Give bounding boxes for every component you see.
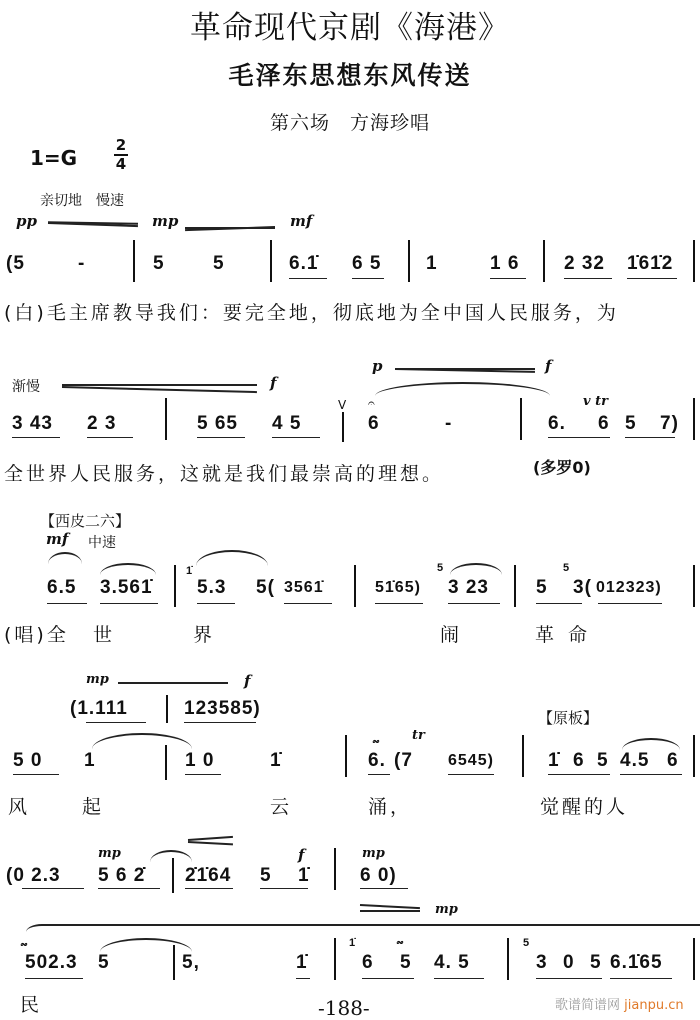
underline bbox=[375, 603, 423, 604]
mordent-icon: 𝆗 bbox=[372, 733, 379, 748]
note: 6.5 bbox=[47, 577, 76, 599]
underline bbox=[197, 603, 235, 604]
section-label: 【原板】 bbox=[538, 707, 598, 728]
note: 1 bbox=[84, 750, 96, 772]
section-label: 【西皮二六】 bbox=[40, 510, 130, 531]
slur bbox=[100, 563, 156, 575]
note: 3 23 bbox=[448, 577, 489, 599]
underline bbox=[197, 437, 245, 438]
underline bbox=[284, 603, 332, 604]
underline bbox=[625, 437, 675, 438]
barline bbox=[507, 938, 509, 980]
note: 5 bbox=[400, 952, 412, 974]
note: 5 6 2̇ bbox=[98, 865, 145, 887]
dynamic-f: f bbox=[244, 672, 250, 690]
note: 6 bbox=[573, 750, 585, 772]
diminuendo-hairpin bbox=[188, 841, 233, 845]
note: 1̇ bbox=[548, 750, 560, 772]
lyric-syllable: 命 bbox=[568, 620, 590, 647]
underline bbox=[98, 888, 160, 889]
underline bbox=[368, 774, 390, 775]
barline bbox=[354, 565, 356, 607]
note: 5 bbox=[597, 750, 609, 772]
barline bbox=[693, 938, 695, 980]
percussion-cue: (多罗0) bbox=[533, 455, 591, 478]
note: 5( bbox=[256, 577, 275, 599]
note: 5, bbox=[182, 952, 200, 974]
note: 1̇61̇2 bbox=[627, 253, 673, 275]
crescendo-hairpin bbox=[62, 386, 257, 393]
note: 5 bbox=[213, 253, 225, 275]
underline bbox=[12, 437, 60, 438]
slur bbox=[450, 563, 502, 575]
grace-note: 5 bbox=[523, 937, 529, 949]
note: 0 bbox=[563, 952, 575, 974]
slur bbox=[622, 738, 680, 750]
barline bbox=[693, 398, 695, 440]
note: 123585) bbox=[184, 698, 261, 720]
scene-performer: 第六场 方海珍唱 bbox=[0, 108, 700, 135]
note: 4.5 bbox=[620, 750, 649, 772]
page-number: -188- bbox=[318, 996, 370, 1020]
dynamic-mp: mp bbox=[435, 902, 458, 917]
note: 2 32 bbox=[564, 253, 605, 275]
note: (7 bbox=[394, 750, 413, 772]
lyric-phrase: 觉醒的人 bbox=[540, 792, 628, 819]
crescendo-hairpin bbox=[185, 227, 275, 229]
barline bbox=[345, 735, 347, 777]
underline bbox=[260, 888, 308, 889]
slur bbox=[48, 552, 82, 564]
fermata-icon: 𝄐 bbox=[368, 396, 375, 411]
barline bbox=[172, 858, 174, 893]
lyric-syllable: 界 bbox=[193, 620, 215, 647]
underline bbox=[185, 774, 221, 775]
note: 5 bbox=[260, 865, 272, 887]
underline bbox=[434, 978, 484, 979]
note: 6545) bbox=[448, 752, 494, 770]
note: 2̇1̇64 bbox=[185, 865, 231, 887]
dynamic-mf: mf bbox=[46, 530, 68, 548]
diminuendo-hairpin bbox=[360, 904, 420, 909]
underline bbox=[548, 437, 610, 438]
barline bbox=[133, 240, 135, 282]
time-numerator: 2 bbox=[116, 136, 126, 154]
expression-mark: 亲切地 慢速 bbox=[40, 190, 124, 210]
underline bbox=[86, 722, 146, 723]
underline bbox=[564, 278, 612, 279]
note: 6 bbox=[667, 750, 679, 772]
note: 3 bbox=[536, 952, 548, 974]
underline bbox=[272, 437, 320, 438]
note: 6. bbox=[548, 413, 566, 435]
underline bbox=[490, 278, 526, 279]
underline bbox=[360, 888, 408, 889]
underline bbox=[184, 722, 256, 723]
note: (0 2.3 bbox=[6, 865, 61, 887]
underline bbox=[448, 774, 494, 775]
note: 6.1̇65 bbox=[610, 952, 663, 974]
song-title: 毛泽东思想东风传送 bbox=[0, 56, 700, 92]
score-title: 革命现代京剧《海港》 bbox=[0, 2, 700, 47]
underline bbox=[13, 774, 59, 775]
note: 5 bbox=[625, 413, 637, 435]
lyric-syllable: 革 bbox=[535, 620, 557, 647]
note: 1 6 bbox=[490, 253, 519, 275]
note: 6.1̇ bbox=[289, 253, 318, 275]
note: 5 bbox=[590, 952, 602, 974]
barline bbox=[543, 240, 545, 282]
underline bbox=[25, 978, 83, 979]
mordent-icon: 𝆗 bbox=[20, 936, 27, 951]
note: 6 bbox=[598, 413, 610, 435]
lyric-line: 全世界人民服务，这就是我们最崇高的理想。 bbox=[4, 459, 444, 486]
time-signature: 2 4 bbox=[114, 138, 128, 172]
dynamic-p: p bbox=[372, 357, 383, 375]
barline bbox=[693, 565, 695, 607]
dynamic-mp: mp bbox=[98, 846, 121, 861]
note: - bbox=[445, 413, 452, 435]
key-signature: 1=G bbox=[30, 146, 77, 170]
mordent-icon: 𝆗 bbox=[396, 934, 403, 949]
trill-ornament: tr bbox=[412, 728, 425, 743]
note: 3 43 bbox=[12, 413, 53, 435]
note: 6 bbox=[362, 952, 374, 974]
barline bbox=[165, 745, 167, 780]
barline bbox=[408, 240, 410, 282]
note: 1̇ bbox=[298, 865, 310, 887]
note: 4. 5 bbox=[434, 952, 470, 974]
diminuendo-hairpin bbox=[188, 836, 233, 841]
slur bbox=[100, 938, 192, 952]
grace-note: 5 bbox=[437, 562, 443, 574]
note: 3( bbox=[573, 577, 592, 599]
spoken-lyric-line: (白)毛主席教导我们：要完全地，彻底地为全中国人民服务，为 bbox=[4, 298, 619, 325]
dynamic-f: f bbox=[545, 357, 551, 375]
grace-note: 1̇ bbox=[349, 937, 355, 949]
underline bbox=[296, 978, 310, 979]
barline bbox=[173, 945, 175, 980]
underline bbox=[448, 603, 500, 604]
barline bbox=[166, 695, 168, 723]
lyric-syllable: 世 bbox=[93, 620, 115, 647]
underline bbox=[536, 603, 582, 604]
note: 1 bbox=[426, 253, 438, 275]
slur bbox=[150, 850, 192, 862]
dynamic-f: f bbox=[298, 846, 304, 864]
note: 5 bbox=[153, 253, 165, 275]
note: 5 65 bbox=[197, 413, 238, 435]
watermark-cn: 歌谱简谱网 bbox=[555, 998, 620, 1013]
barline bbox=[270, 240, 272, 282]
underline bbox=[627, 278, 677, 279]
barline bbox=[165, 398, 167, 440]
dynamic-mf: mf bbox=[290, 212, 312, 230]
underline bbox=[598, 603, 662, 604]
barline bbox=[520, 398, 522, 440]
note: 51̇65) bbox=[375, 579, 421, 597]
crescendo-hairpin bbox=[62, 384, 257, 386]
trill-ornament: v tr bbox=[583, 394, 608, 409]
underline bbox=[22, 888, 84, 889]
underline bbox=[87, 437, 133, 438]
dynamic-f: f bbox=[270, 374, 276, 392]
note: 3561̇ bbox=[284, 579, 324, 597]
breath-mark: V bbox=[338, 398, 346, 412]
note: 1̇ bbox=[270, 750, 282, 772]
watermark-en: jianpu.cn bbox=[624, 998, 683, 1013]
barline bbox=[174, 565, 176, 607]
tempo-mark: 中速 bbox=[88, 532, 116, 552]
lyric-syllable: 涌， bbox=[368, 792, 412, 819]
lyric-syllable: 闹 bbox=[440, 620, 462, 647]
barline bbox=[693, 735, 695, 777]
underline bbox=[620, 774, 682, 775]
barline bbox=[514, 565, 516, 607]
diminuendo-hairpin bbox=[360, 910, 420, 912]
barline bbox=[334, 938, 336, 980]
underline bbox=[47, 603, 87, 604]
grace-note: 1̇ bbox=[186, 565, 192, 577]
slur bbox=[92, 733, 192, 749]
note: 7) bbox=[660, 413, 679, 435]
note: 5 bbox=[98, 952, 110, 974]
underline bbox=[548, 774, 610, 775]
time-denominator: 4 bbox=[116, 155, 126, 173]
note: 4 5 bbox=[272, 413, 301, 435]
note: 6. bbox=[368, 750, 386, 772]
barline bbox=[693, 240, 695, 282]
slur bbox=[196, 550, 268, 566]
note: 6 0) bbox=[360, 865, 397, 887]
note: - bbox=[78, 253, 85, 275]
underline bbox=[362, 978, 414, 979]
underline bbox=[185, 888, 233, 889]
watermark: 歌谱简谱网 jianpu.cn bbox=[555, 994, 684, 1013]
note: 012323) bbox=[596, 579, 662, 597]
note: 5 0 bbox=[13, 750, 42, 772]
underline bbox=[352, 278, 384, 279]
note: 502.3 bbox=[25, 952, 78, 974]
underline bbox=[536, 978, 602, 979]
slur bbox=[375, 382, 550, 396]
note: (5 bbox=[6, 253, 25, 275]
grace-note: 5 bbox=[563, 562, 569, 574]
lyric-syllable: 起 bbox=[82, 792, 104, 819]
note: 5 bbox=[536, 577, 548, 599]
crescendo-hairpin bbox=[118, 682, 228, 684]
note: 2 3 bbox=[87, 413, 116, 435]
barline bbox=[522, 735, 524, 777]
note: 1̇ bbox=[296, 952, 308, 974]
barline bbox=[342, 412, 344, 442]
underline bbox=[610, 978, 672, 979]
lyric-syllable: (唱)全 bbox=[4, 620, 69, 647]
expression-mark: 渐慢 bbox=[12, 376, 40, 396]
dynamic-mp: mp bbox=[362, 846, 385, 861]
note: (1.111 bbox=[70, 698, 128, 720]
note: 6 5 bbox=[352, 253, 381, 275]
slur bbox=[26, 924, 700, 932]
barline bbox=[334, 848, 336, 890]
dynamic-mp: mp bbox=[152, 212, 178, 230]
dynamic-mp: mp bbox=[86, 672, 109, 687]
lyric-syllable: 民 bbox=[20, 990, 42, 1017]
note: 6 bbox=[368, 413, 380, 435]
note: 1 0 bbox=[185, 750, 214, 772]
dynamic-pp: pp bbox=[16, 212, 37, 230]
underline bbox=[100, 603, 158, 604]
lyric-syllable: 云 bbox=[270, 792, 292, 819]
underline bbox=[289, 278, 327, 279]
lyric-syllable: 风 bbox=[8, 792, 30, 819]
note: 3.561̇ bbox=[100, 577, 153, 599]
note: 5.3 bbox=[197, 577, 226, 599]
